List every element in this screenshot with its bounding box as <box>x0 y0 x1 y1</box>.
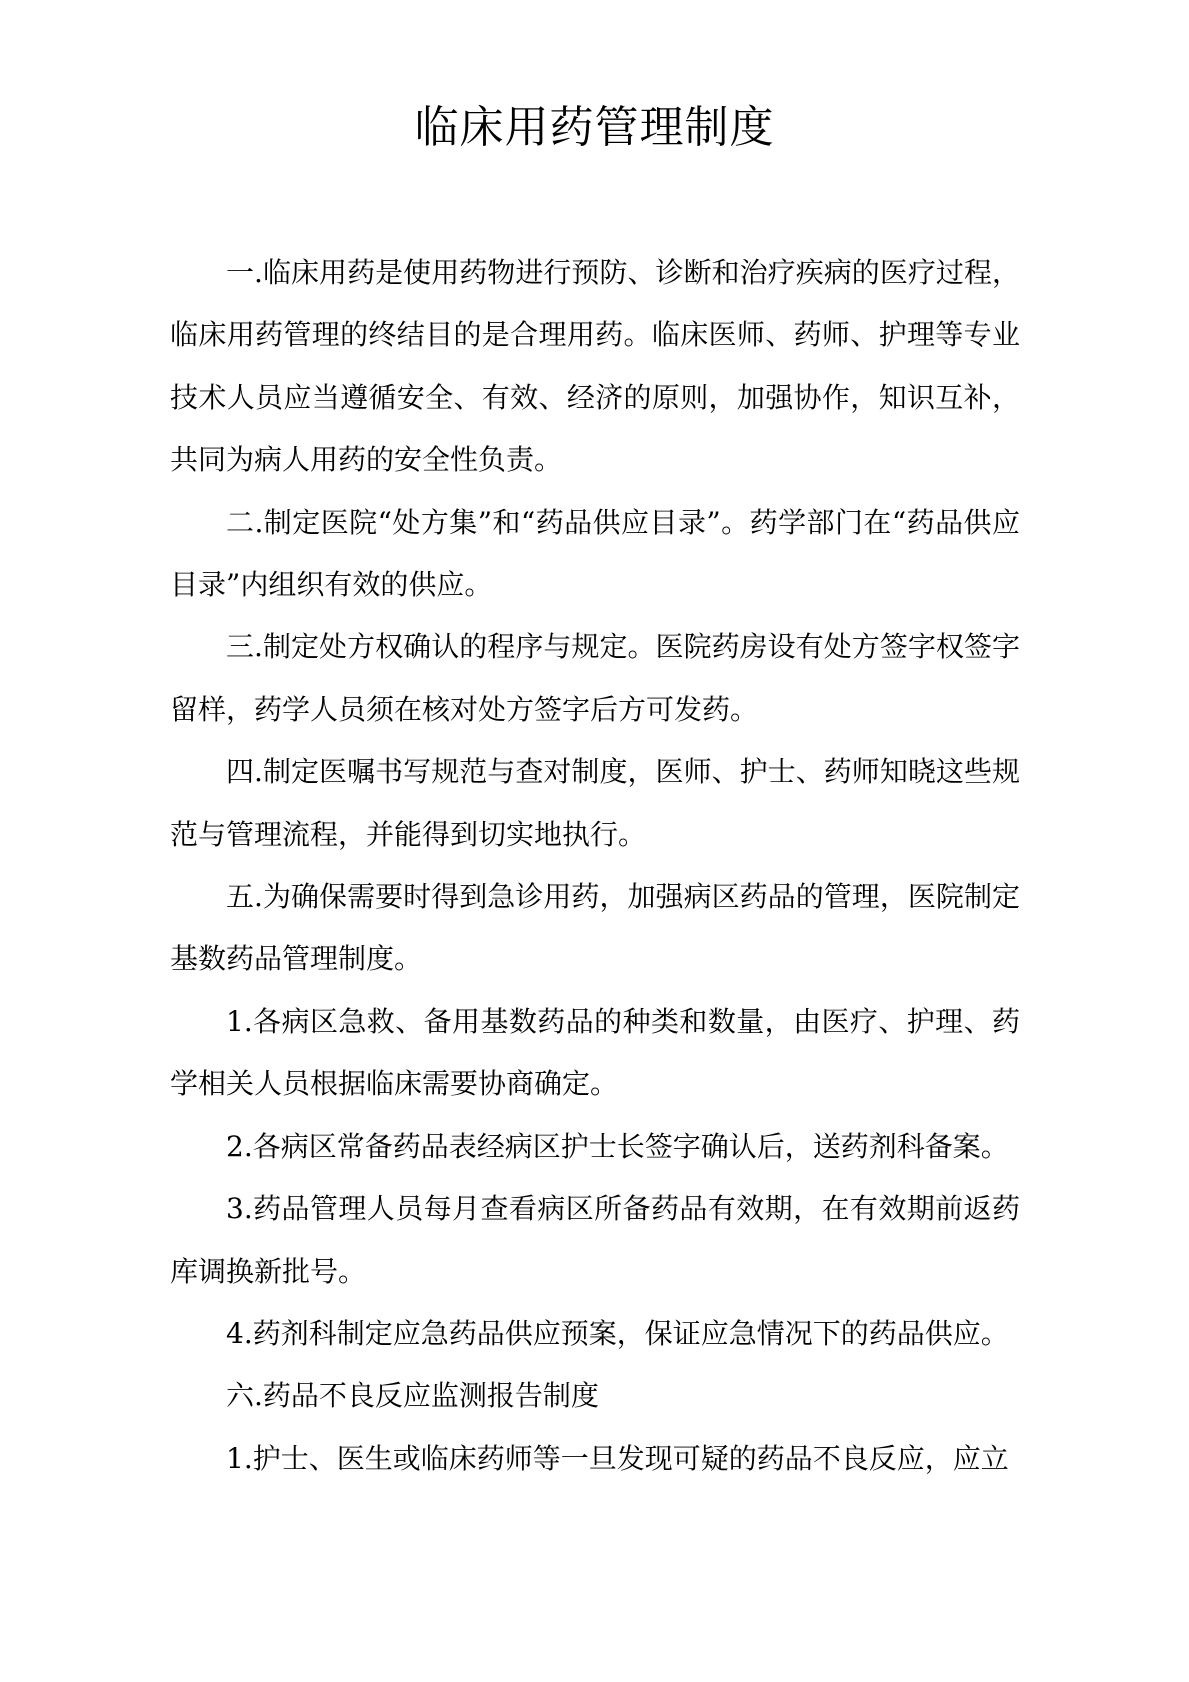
document-title: 临床用药管理制度 <box>0 0 1189 154</box>
paragraph-9: 4.药剂科制定应急药品供应预案，保证应急情况下的药品供应。 <box>170 1303 1020 1365</box>
paragraph-3: 三.制定处方权确认的程序与规定。医院药房设有处方签字权签字留样，药学人员须在核对… <box>170 616 1020 741</box>
document-page: 临床用药管理制度 一.临床用药是使用药物进行预防、诊断和治疗疾病的医疗过程，临床… <box>0 0 1189 1682</box>
paragraph-7: 2.各病区常备药品表经病区护士长签字确认后，送药剂科备案。 <box>170 1116 1020 1178</box>
paragraph-6: 1.各病区急救、备用基数药品的种类和数量，由医疗、护理、药学相关人员根据临床需要… <box>170 991 1020 1116</box>
paragraph-11: 1.护士、医生或临床药师等一旦发现可疑的药品不良反应，应立 <box>170 1428 1020 1490</box>
document-body: 一.临床用药是使用药物进行预防、诊断和治疗疾病的医疗过程，临床用药管理的终结目的… <box>0 242 1189 1490</box>
paragraph-5: 五.为确保需要时得到急诊用药，加强病区药品的管理，医院制定基数药品管理制度。 <box>170 866 1020 991</box>
paragraph-4: 四.制定医嘱书写规范与查对制度，医师、护士、药师知晓这些规范与管理流程，并能得到… <box>170 741 1020 866</box>
paragraph-2: 二.制定医院“处方集”和“药品供应目录”。药学部门在“药品供应目录”内组织有效的… <box>170 492 1020 617</box>
paragraph-8: 3.药品管理人员每月查看病区所备药品有效期，在有效期前返药库调换新批号。 <box>170 1178 1020 1303</box>
paragraph-1: 一.临床用药是使用药物进行预防、诊断和治疗疾病的医疗过程，临床用药管理的终结目的… <box>170 242 1020 492</box>
paragraph-10: 六.药品不良反应监测报告制度 <box>170 1365 1020 1427</box>
